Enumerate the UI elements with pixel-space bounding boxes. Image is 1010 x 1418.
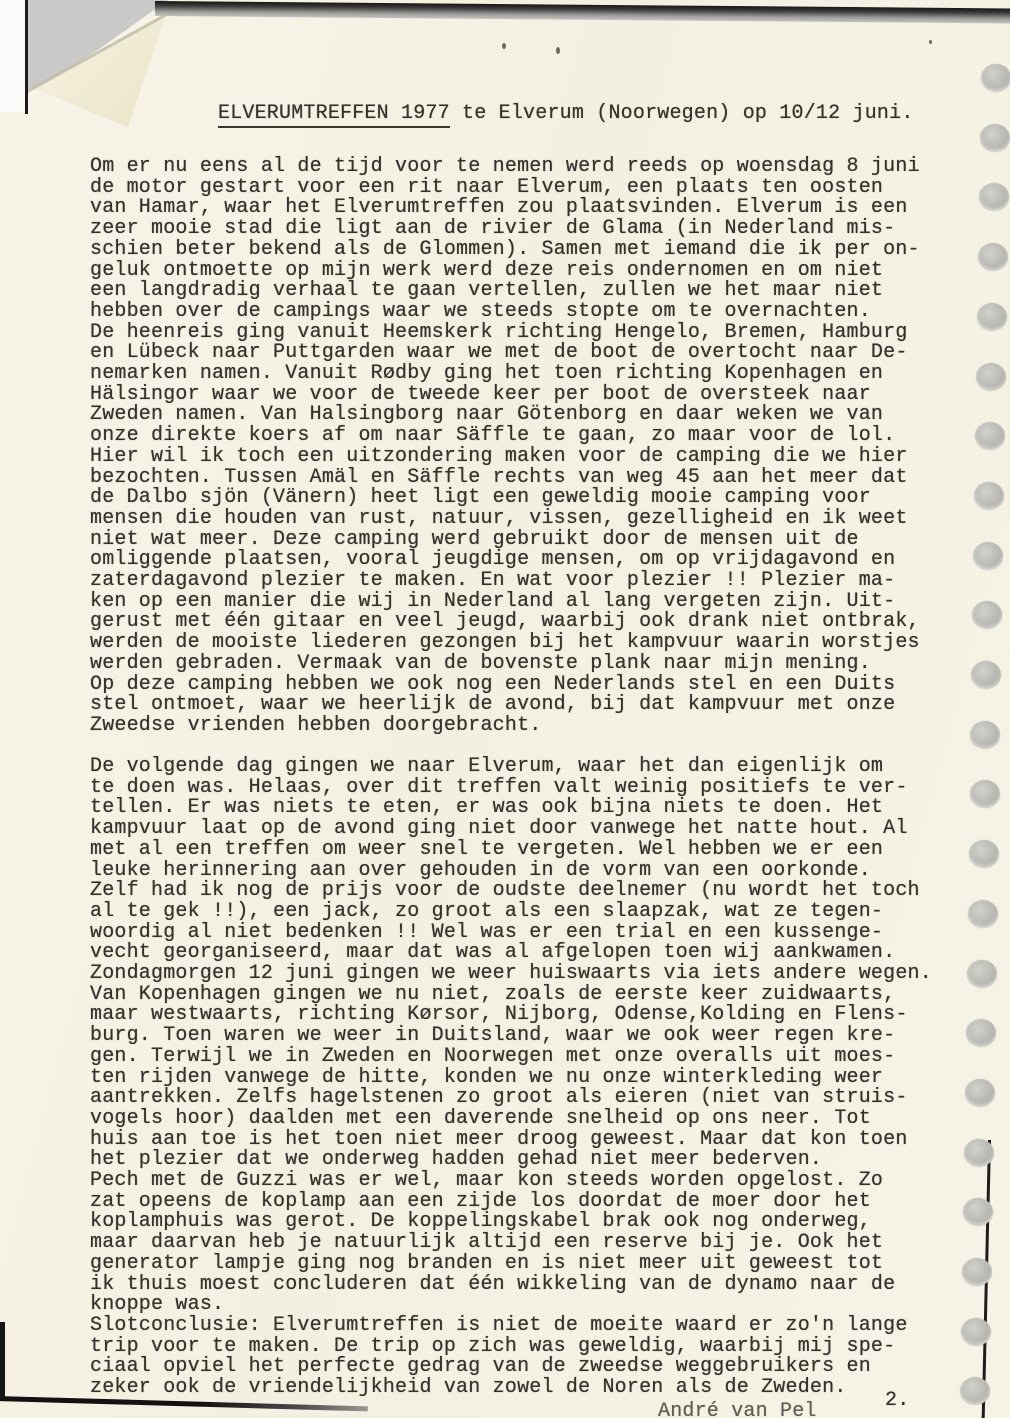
binder-hole [965,1079,995,1107]
binder-hole [963,1198,993,1226]
binder-hole [961,1318,991,1346]
binder-hole [970,780,1000,808]
title-suffix: te Elverum (Noorwegen) op 10/12 juni. [450,102,914,125]
page-title: ELVERUMTREFFEN 1977 te Elverum (Noorwege… [218,104,914,125]
paragraph: Om er nu eens al de tijd voor te nemen w… [90,157,920,737]
binder-hole [972,601,1002,629]
binder-hole [964,1139,994,1167]
ink-speck [929,40,932,44]
scanned-document: { "doc": { "title": { "main": "ELVERUMTR… [0,0,1010,1418]
binder-hole [978,243,1008,271]
binder-hole [973,542,1003,570]
binder-hole [962,1258,992,1286]
binder-hole [968,900,998,928]
binder-hole [967,960,997,988]
binder-hole [981,64,1010,92]
scan-left-margin [0,0,25,112]
binder-hole [969,840,999,868]
binder-hole [980,124,1010,152]
page-edge-line-left [25,0,28,114]
binder-hole [977,303,1007,331]
binder-hole [966,1019,996,1047]
top-edge-strip [155,1,1010,24]
ink-speck [502,43,506,49]
binder-hole [970,721,1000,749]
binder-hole [971,661,1001,689]
binder-hole [974,482,1004,510]
binder-hole [960,1377,990,1405]
ink-speck [556,47,560,54]
title-underlined: ELVERUMTREFFEN 1977 [218,102,450,128]
page-edge-line-left-bottom [0,1322,5,1398]
paragraph: De volgende dag gingen we naar Elverum, … [90,757,932,1399]
binder-hole [976,363,1006,391]
binder-hole [975,422,1005,450]
author-signature: André van Pel [658,1402,817,1418]
page-number: 2. [885,1391,909,1412]
binder-hole [979,183,1009,211]
